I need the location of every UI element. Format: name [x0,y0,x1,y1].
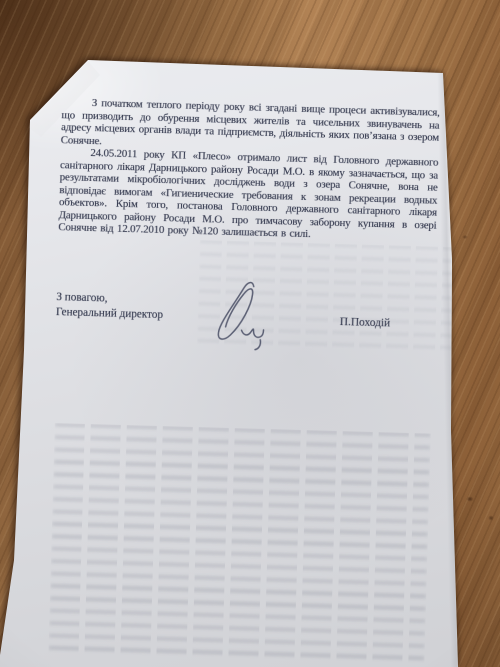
photo-of-document: З початком теплого періоду року всі згад… [0,0,500,667]
closing-block: З повагою, Генеральний директор П.Поході… [56,290,429,329]
paper-shadow: З початком теплого періоду року всі згад… [0,0,500,667]
letter-body: З початком теплого періоду року всі згад… [40,96,439,667]
letter-page: З початком теплого періоду року всі згад… [0,0,500,667]
signer-name: П.Походій [340,315,391,331]
paragraph-2: 24.05.2011 року КП «Плесо» отримало лист… [52,146,438,244]
page-edge-highlight [437,68,468,667]
bleed-through-text-lower [48,423,430,667]
handwritten-signature-icon [205,278,277,356]
